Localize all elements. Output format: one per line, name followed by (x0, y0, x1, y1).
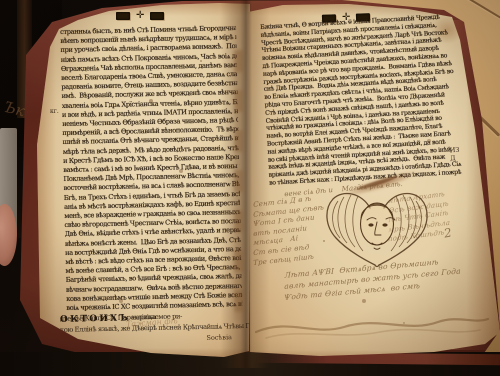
printed-text-block: Бжіина чтыѣ, Ѳ вотрѣй всѣхъ ѿ іенны Прав… (260, 13, 463, 188)
grout-line (467, 0, 500, 19)
gutter-stain (234, 50, 243, 320)
photo-antique-open-book: ✛ странныѧ бысть, въ ниѣ Стѣ Помина чтны… (0, 0, 500, 376)
margin-note: кг. (50, 108, 59, 115)
cherub-head-with-wings-illustration (324, 188, 430, 272)
handwriting-flourish: 2 (443, 225, 453, 240)
pen-squiggle (250, 306, 496, 342)
ornament-block-icon (116, 12, 130, 20)
header-ornament: ✛ (116, 12, 164, 20)
ornament-cross-icon: ✛ (136, 12, 144, 20)
ornament-block-icon (150, 12, 164, 20)
page-left: ✛ странныѧ бысть, въ ниѣ Стѣ Помина чтны… (30, 0, 250, 362)
page-right: ✛ Бжіина чтыѣ, Ѳ вотрѣй всѣхъ ѿ іенны Пр… (238, 0, 500, 364)
printed-text-block: странныѧ бысть, въ ниѣ Стѣ Помина чтныѣ … (60, 24, 242, 313)
margin-note: ИЗ Д (449, 146, 460, 163)
gutter-shadow (220, 0, 270, 368)
